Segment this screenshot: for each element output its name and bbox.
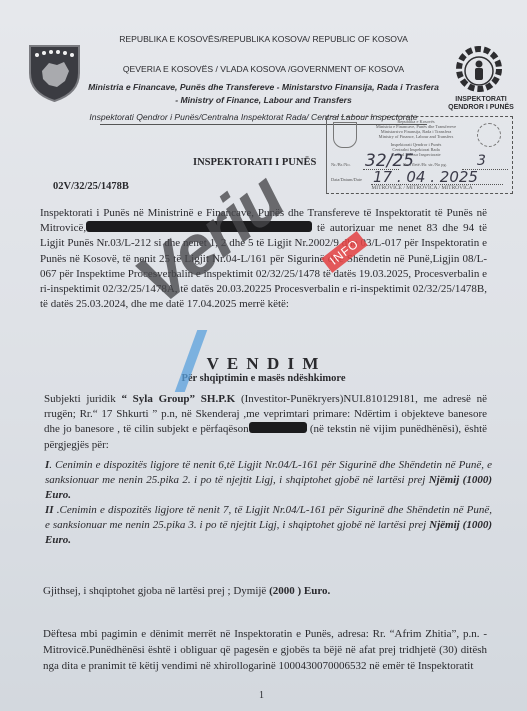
header-ministry: Ministria e Financave, Punës dhe Transfe… <box>0 82 527 92</box>
total-fine: Gjithsej, i shqiptohet gjoba në lartësi … <box>43 585 330 597</box>
stamp-pages-label: Nr. i fletë./Br. str./No pg. <box>403 162 447 167</box>
subject-paragraph: Subjekti juridik “ Syla Group” SH.P.K (I… <box>44 392 487 453</box>
stamp-logo-icon <box>477 123 501 147</box>
page-number: 1 <box>259 690 264 701</box>
violation-item-1: I. Cenimin e dispozitës ligjore të nenit… <box>45 458 492 504</box>
item-2-text: .Cenimin e dispozitës ligjore të nenit 7… <box>45 504 492 531</box>
total-amount: (2000 ) Euro. <box>269 585 330 597</box>
payment-paragraph: Dëftesa mbi pagimin e dënimit merrët në … <box>43 626 487 674</box>
stamp-date-label: Data/Datum/Date <box>331 177 362 182</box>
item-2-number: II <box>45 504 54 516</box>
stamp-no-label: Nr./Br./No. <box>331 162 351 167</box>
stamp-pages-value: 3 <box>477 153 486 169</box>
header-republic: REPUBLIKA E KOSOVËS/REPUBLIKA KOSOVA/ RE… <box>0 34 527 44</box>
violation-item-2: II .Cenimin e dispozitës ligjore të neni… <box>45 503 492 549</box>
stamp-city: MITROVICË / MITROVICA / MITROVICA <box>347 186 497 191</box>
total-text: Gjithsej, i shqiptohet gjoba në lartësi … <box>43 585 269 597</box>
logo-caption-line-2: QENDROR I PUNËS <box>448 104 514 112</box>
registry-stamp: Republika e Kosovës Ministria e Financav… <box>326 116 513 194</box>
header-ministry-en: - Ministry of Finance, Labour and Transf… <box>0 95 527 105</box>
subject-pre: Subjekti juridik <box>44 393 121 405</box>
header-government: QEVERIA E KOSOVËS / VLADA KOSOVA /GOVERN… <box>0 64 527 74</box>
company-name: “ Syla Group” SH.P.K <box>121 393 235 405</box>
decision-subtitle: Për shqiptimin e masës ndëshkimore <box>0 373 527 384</box>
reference-number: 02V/32/25/1478B <box>53 181 129 192</box>
redacted-representative <box>249 422 307 433</box>
stamp-emblem-icon <box>333 122 357 148</box>
item-1-text: . Cenimin e dispozitës ligjore të nenit … <box>45 459 492 486</box>
decision-title: V E N D I M <box>0 354 527 374</box>
